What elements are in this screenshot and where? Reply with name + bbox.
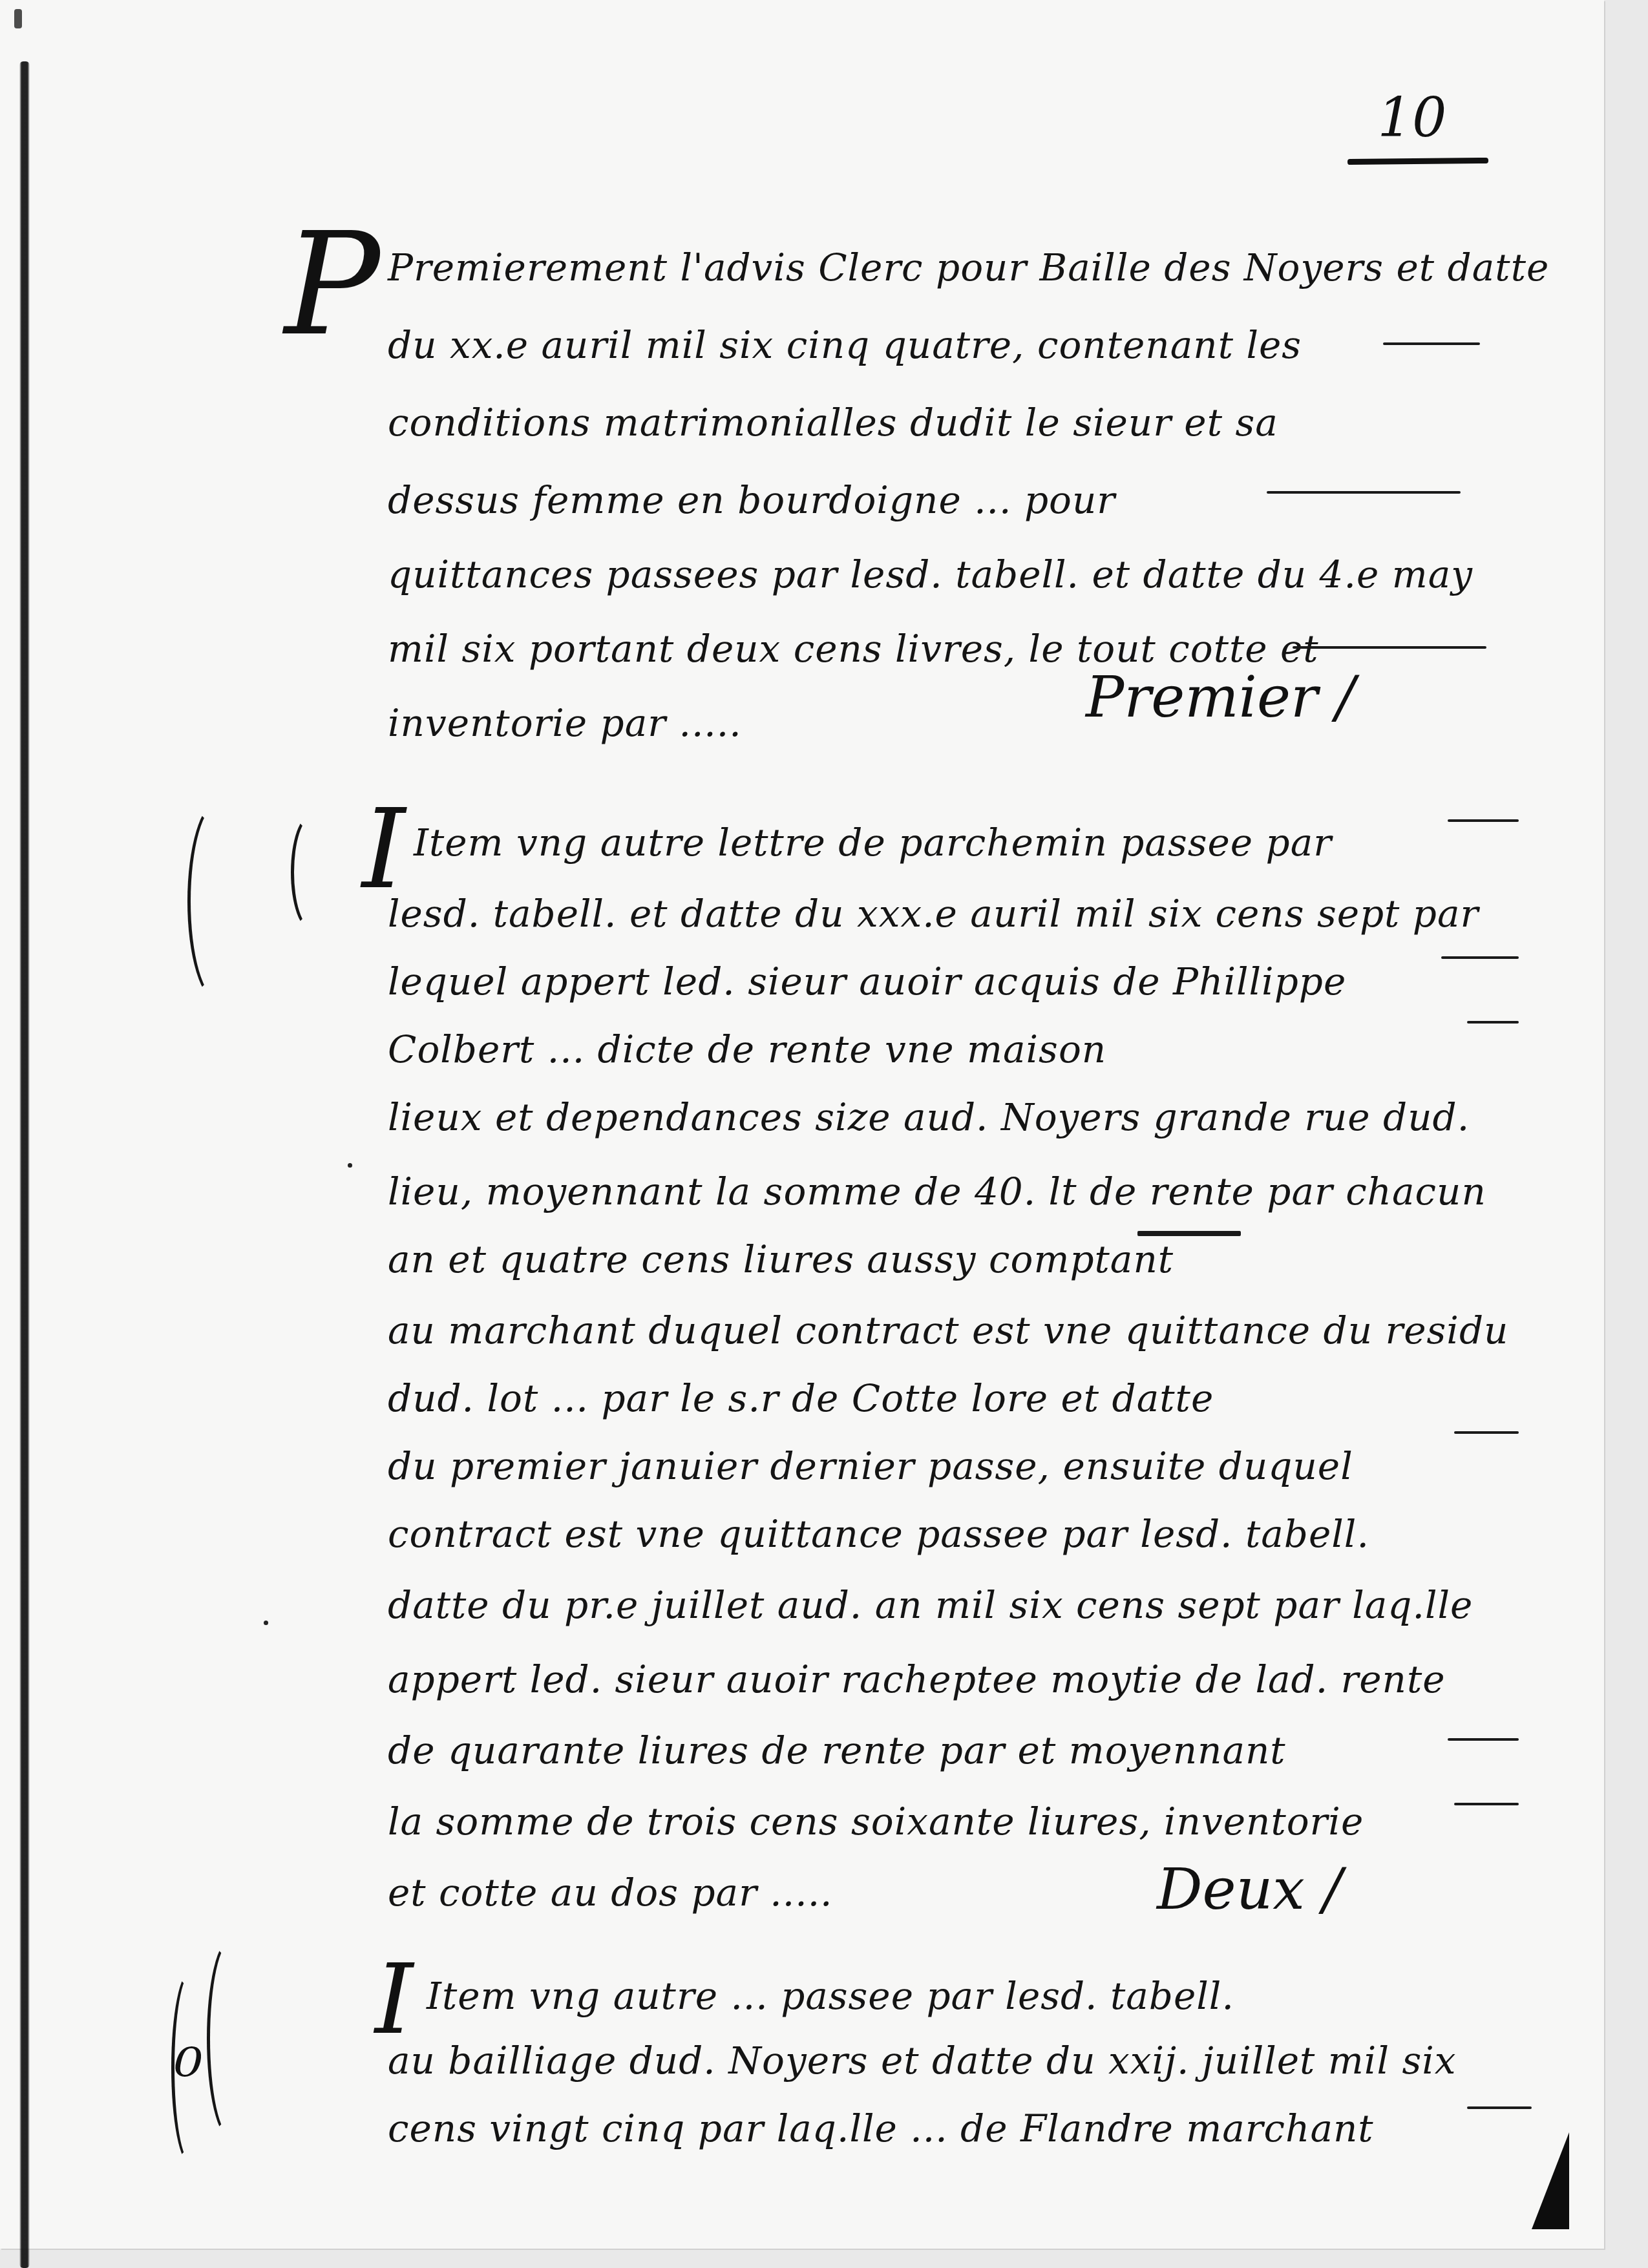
line-filler <box>1454 1431 1519 1434</box>
entry-2-line-15: la somme de trois cens soixante liures, … <box>388 1803 1364 1840</box>
margin-bracket <box>291 814 333 930</box>
margin-bracket <box>207 1938 255 2139</box>
entry-2-line-13: appert led. sieur auoir racheptee moytie… <box>388 1661 1446 1698</box>
line-filler <box>1383 342 1480 345</box>
entry-3-line-1: Item vng autre ... passee par lesd. tabe… <box>427 1977 1234 2015</box>
entry-1-line-2: du xx.e auril mil six cinq quatre, conte… <box>388 326 1302 364</box>
entry-1-line-6: mil six portant deux cens livres, le tou… <box>388 630 1319 667</box>
entry-3-line-2: au bailliage dud. Noyers et datte du xxi… <box>388 2042 1456 2079</box>
line-filler <box>1441 956 1519 959</box>
binding-mark-top <box>14 9 22 28</box>
entry-3-margin-mark: ₀ <box>174 2016 203 2087</box>
line-filler <box>1448 819 1519 822</box>
line-filler <box>1267 491 1461 494</box>
line-filler <box>1293 646 1486 649</box>
entry-2-line-7: an et quatre cens liures aussy comptant <box>388 1241 1174 1278</box>
margin-bracket <box>187 801 249 1002</box>
entry-2-line-16: et cotte au dos par ..... <box>388 1874 833 1911</box>
entry-1-item-label: Premier / <box>1086 669 1355 726</box>
folio-underline <box>1347 158 1488 165</box>
corner-triangle-mark <box>1532 2132 1569 2229</box>
entry-2-item-label: Deux / <box>1157 1861 1342 1918</box>
entry-2-initial: I <box>362 795 405 905</box>
entry-1-line-1: Premierement l'advis Clerc pour Baille d… <box>388 249 1549 286</box>
ink-dot <box>348 1163 352 1168</box>
line-filler <box>1454 1803 1519 1805</box>
entry-1-line-3: conditions matrimonialles dudit le sieur… <box>388 404 1278 441</box>
entry-2-line-5: lieux et dependances size aud. Noyers gr… <box>388 1098 1470 1136</box>
entry-2-line-6: lieu, moyennant la somme de 40. lt de re… <box>388 1173 1486 1210</box>
entry-1-line-4: dessus femme en bourdoigne ... pour <box>388 481 1115 519</box>
entry-1-line-7: inventorie par ..... <box>388 704 742 742</box>
line-filler <box>1467 1021 1519 1024</box>
entry-2-line-12: datte du pr.e juillet aud. an mil six ce… <box>388 1586 1473 1624</box>
entry-1-line-5: quittances passees par lesd. tabell. et … <box>388 556 1473 593</box>
line-filler <box>1467 2106 1532 2109</box>
binding-line <box>19 61 30 2268</box>
line-filler <box>1448 1738 1519 1741</box>
entry-2-line-14: de quarante liures de rente par et moyen… <box>388 1732 1286 1769</box>
entry-2-line-2: lesd. tabell. et datte du xxx.e auril mi… <box>388 895 1479 932</box>
entry-2-line-8: au marchant duquel contract est vne quit… <box>388 1312 1508 1349</box>
entry-2-line-10: du premier januier dernier passe, ensuit… <box>388 1447 1353 1485</box>
entry-1-initial: P <box>284 213 380 355</box>
folio-number: 10 <box>1354 90 1470 145</box>
entry-2-line-9: dud. lot ... par le s.r de Cotte lore et… <box>388 1380 1214 1417</box>
entry-3-line-3: cens vingt cinq par laq.lle ... de Fland… <box>388 2110 1374 2147</box>
entry-2-line-1: Item vng autre lettre de parchemin passe… <box>414 824 1332 861</box>
entry-2-line-3: lequel appert led. sieur auoir acquis de… <box>388 963 1346 1000</box>
entry-3-initial: I <box>375 1951 413 2048</box>
manuscript-page: 10 P Premierement l'advis Clerc pour Bai… <box>0 0 1604 2249</box>
entry-2-line-11: contract est vne quittance passee par le… <box>388 1515 1369 1553</box>
entry-2-line-4: Colbert ... dicte de rente vne maison <box>388 1031 1106 1068</box>
struck-through-word <box>1137 1231 1241 1236</box>
ink-dot <box>264 1621 268 1625</box>
